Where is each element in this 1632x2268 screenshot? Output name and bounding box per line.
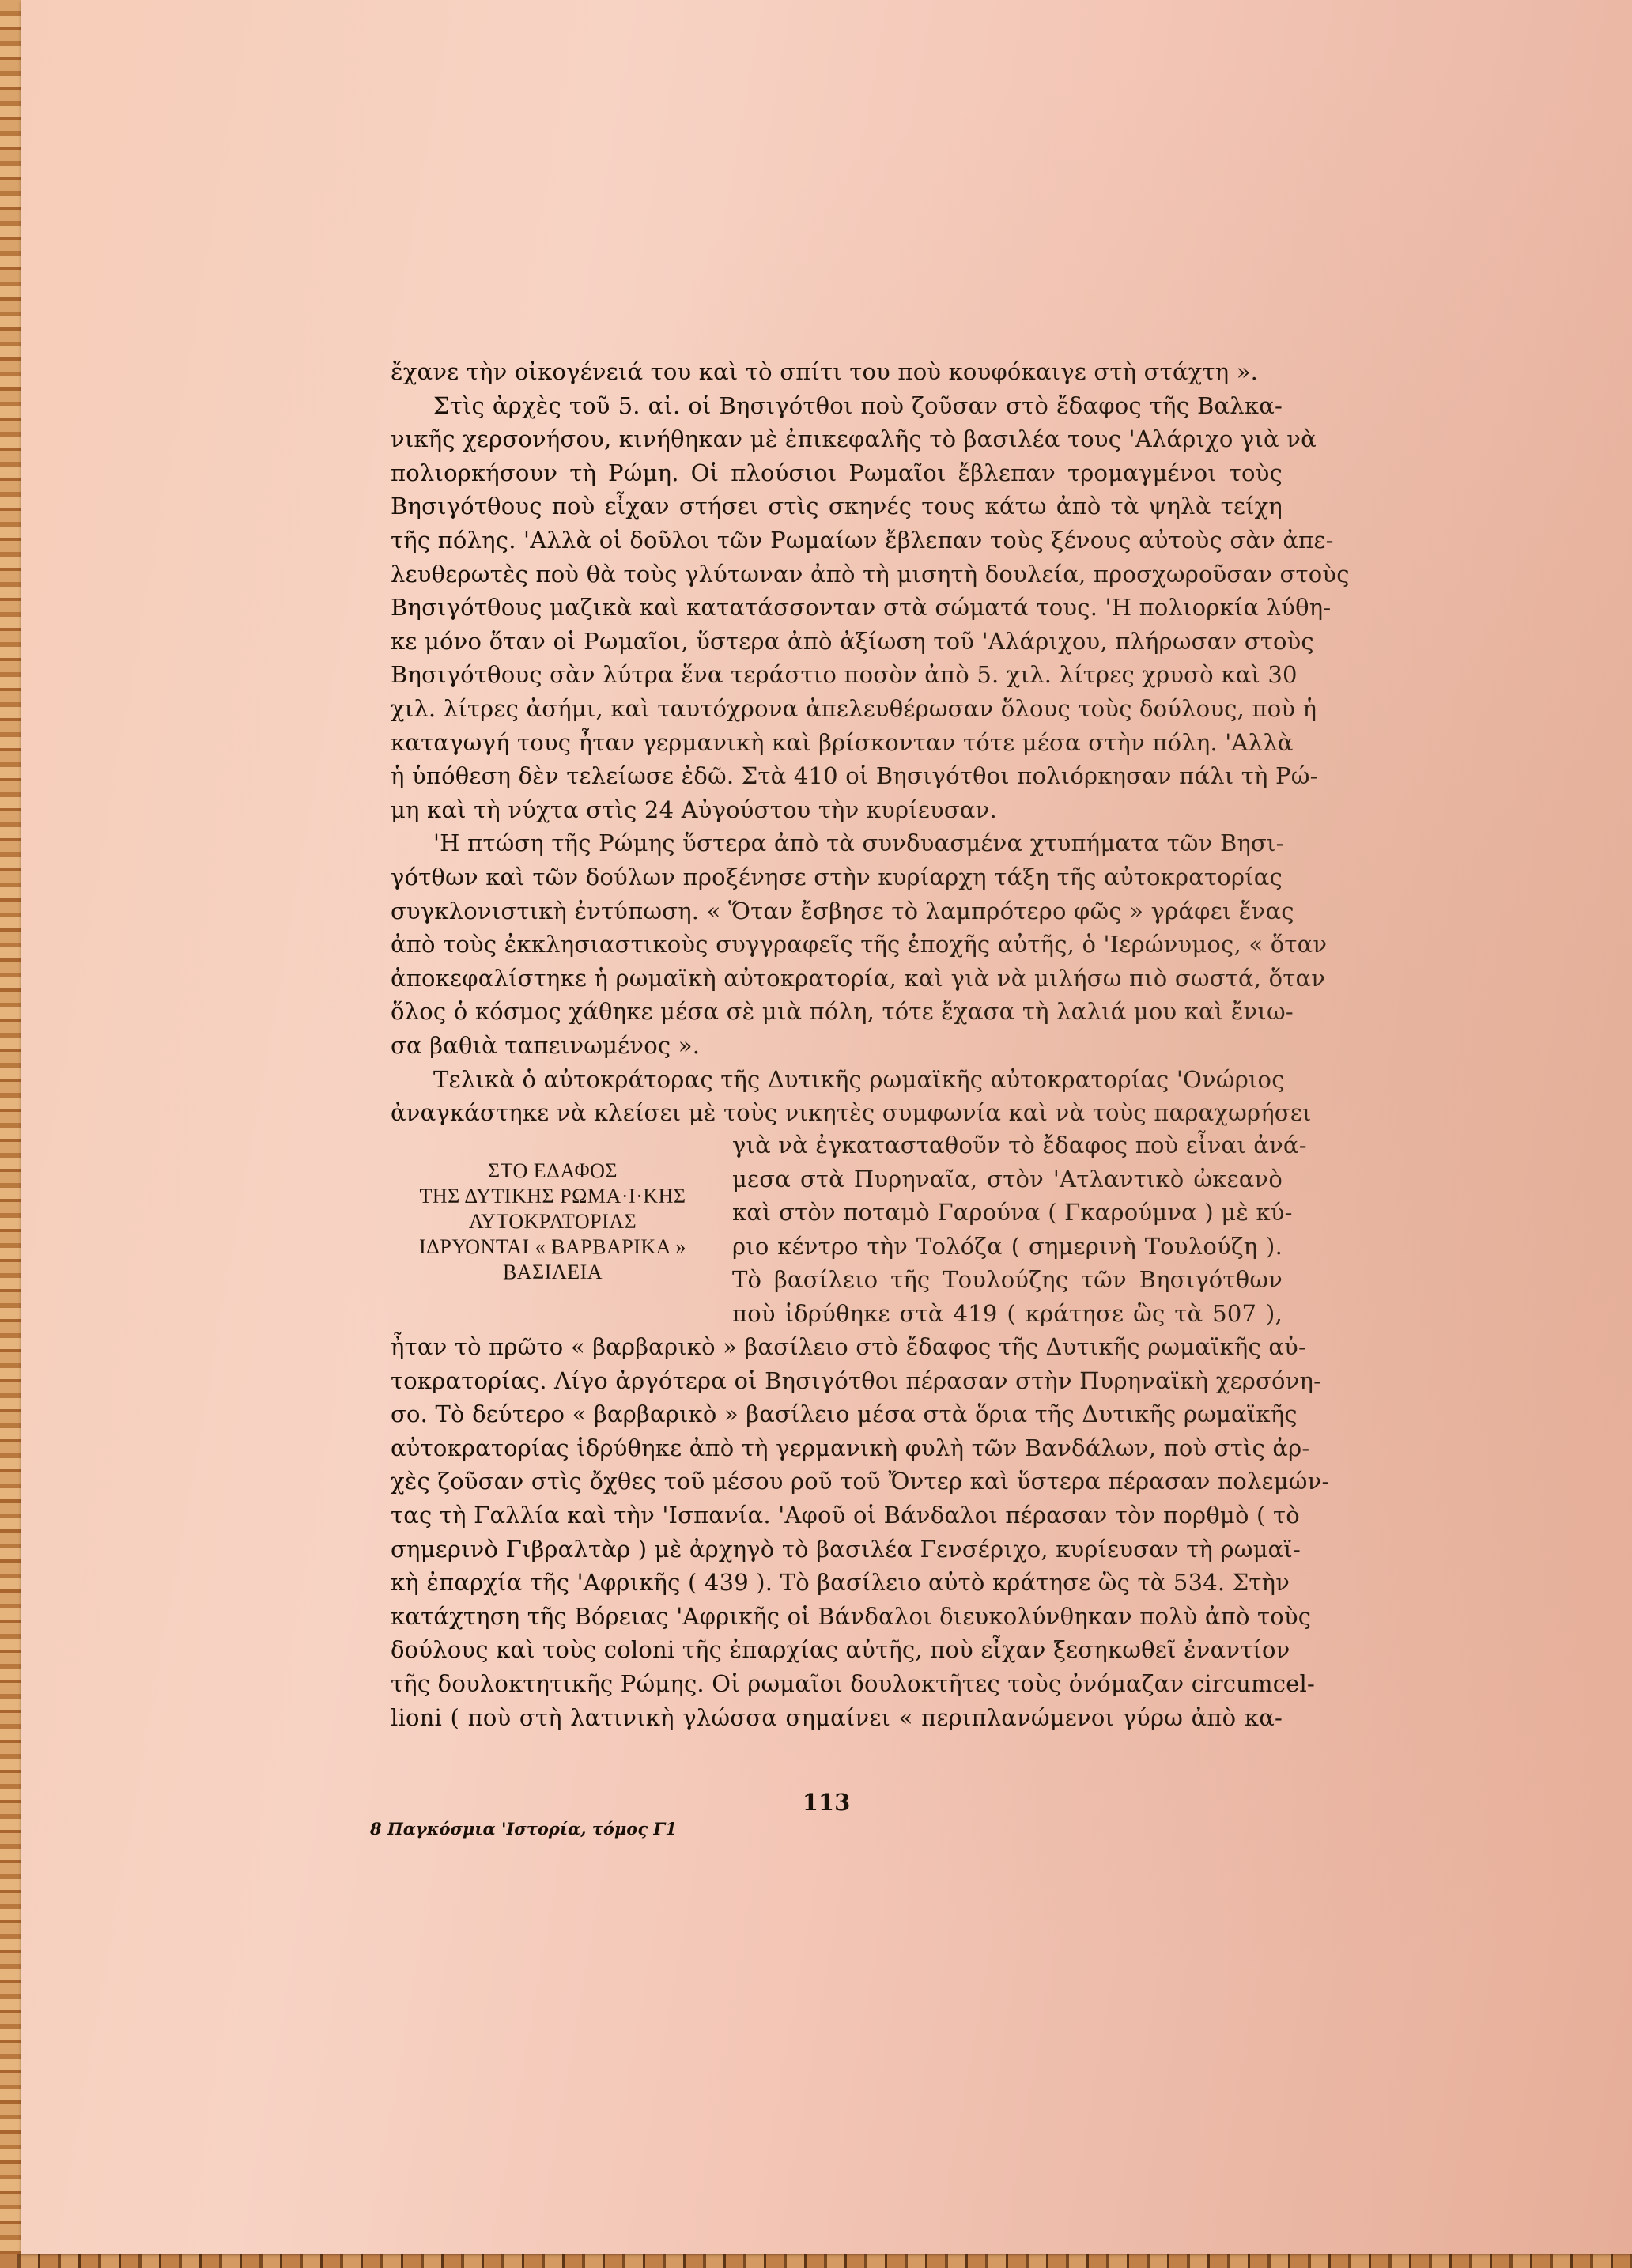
text-line: χιλ. λίτρες ἀσήμι, καὶ ταυτόχρονα ἀπελευ… bbox=[391, 693, 1283, 724]
text-line: τῆς δουλοκτητικῆς Ρώμης. Οἱ ρωμαῖοι δουλ… bbox=[391, 1668, 1283, 1699]
text-line: ἡ ὑπόθεση δὲν τελείωσε ἐδῶ. Στὰ 410 οἱ Β… bbox=[391, 760, 1283, 792]
text-line: τοκρατορίας. Λίγο ἀργότερα οἱ Βησιγότθοι… bbox=[391, 1365, 1283, 1397]
text-line: νικῆς χερσονήσου, κινήθηκαν μὲ ἐπικεφαλῆ… bbox=[391, 423, 1283, 455]
text-line: τας τὴ Γαλλία καὶ τὴν 'Ισπανία. 'Αφοῦ οἱ… bbox=[391, 1499, 1283, 1531]
text-line: ὅλος ὁ κόσμος χάθηκε μέσα σὲ μιὰ πόλη, τ… bbox=[391, 996, 1283, 1027]
text-line: κὴ ἐπαρχία τῆς 'Αφρικῆς ( 439 ). Τὸ βασί… bbox=[391, 1567, 1283, 1598]
text-line: σο. Τὸ δεύτερο « βαρβαρικὸ » βασίλειο μέ… bbox=[391, 1398, 1283, 1430]
text-line: αὐτοκρατορίας ἱδρύθηκε ἀπὸ τὴ γερμανικὴ … bbox=[391, 1432, 1283, 1464]
book-page: ἔχανε τὴν οἰκογένειά του καὶ τὸ σπίτι το… bbox=[21, 0, 1632, 2254]
margin-heading-line: ΒΑΣΙΛΕΙΑ bbox=[391, 1260, 715, 1285]
text-line: ἦταν τὸ πρῶτο « βαρβαρικὸ » βασίλειο στὸ… bbox=[391, 1331, 1283, 1363]
margin-heading: ΣΤΟ ΕΔΑΦΟΣΤΗΣ ΔΥΤΙΚΗΣ ΡΩΜΑ·Ι·ΚΗΣΑΥΤΟΚΡΑΤ… bbox=[391, 1159, 715, 1285]
text-line: συγκλονιστικὴ ἐντύπωση. « Ὅταν ἔσβησε τὸ… bbox=[391, 895, 1283, 927]
text-line: Βησιγότθους μαζικὰ καὶ κατατάσσονταν στὰ… bbox=[391, 592, 1283, 623]
text-line: ἀποκεφαλίστηκε ἡ ρωμαϊκὴ αὐτοκρατορία, κ… bbox=[391, 962, 1283, 994]
text-line: λευθερωτὲς ποὺ θὰ τοὺς γλύτωναν ἀπὸ τὴ μ… bbox=[391, 558, 1283, 590]
text-line: γότθων καὶ τῶν δούλων προξένησε στὴν κυρ… bbox=[391, 861, 1283, 893]
text-line: πολιορκήσουν τὴ Ρώμη. Οἱ πλούσιοι Ρωμαῖο… bbox=[391, 457, 1283, 489]
text-line: καὶ στὸν ποταμὸ Γαρούνα ( Γκαρούμνα ) μὲ… bbox=[732, 1196, 1283, 1228]
text-line: χὲς ζοῦσαν στὶς ὄχθες τοῦ μέσου ροῦ τοῦ … bbox=[391, 1465, 1283, 1497]
page-footer: 8 Παγκόσμια 'Ιστορία, τόμος Γ1 bbox=[370, 1819, 677, 1839]
text-line: κατάχτηση τῆς Βόρειας 'Αφρικῆς οἱ Βάνδαλ… bbox=[391, 1601, 1283, 1632]
text-line: Βησιγότθους ποὺ εἶχαν στήσει στὶς σκηνές… bbox=[391, 490, 1283, 522]
text-line: ποὺ ἱδρύθηκε στὰ 419 ( κράτησε ὣς τὰ 507… bbox=[732, 1298, 1283, 1329]
text-line: καταγωγή τους ἦταν γερμανικὴ καὶ βρίσκον… bbox=[391, 727, 1283, 758]
text-line: Βησιγότθους σὰν λύτρα ἕνα τεράστιο ποσὸν… bbox=[391, 659, 1283, 690]
text-line: ἀναγκάστηκε νὰ κλείσει μὲ τοὺς νικητὲς σ… bbox=[391, 1097, 1283, 1128]
text-line: τῆς πόλης. 'Αλλὰ οἱ δοῦλοι τῶν Ρωμαίων ἔ… bbox=[391, 524, 1283, 556]
margin-heading-line: ΑΥΤΟΚΡΑΤΟΡΙΑΣ bbox=[391, 1209, 715, 1234]
text-line: μη καὶ τὴ νύχτα στὶς 24 Αὐγούστου τὴν κυ… bbox=[391, 794, 1283, 826]
text-line: Τὸ βασίλειο τῆς Τουλούζης τῶν Βησιγότθων bbox=[732, 1264, 1283, 1295]
text-line: Στὶς ἀρχὲς τοῦ 5. αἰ. οἱ Βησιγότθοι ποὺ … bbox=[433, 390, 1283, 421]
text-line: σα βαθιὰ ταπεινωμένος ». bbox=[391, 1030, 1283, 1061]
text-line: lioni ( ποὺ στὴ λατινικὴ γλώσσα σημαίνει… bbox=[391, 1702, 1283, 1733]
text-line: κε μόνο ὅταν οἱ Ρωμαῖοι, ὕστερα ἀπὸ ἀξίω… bbox=[391, 626, 1283, 657]
margin-heading-line: ΤΗΣ ΔΥΤΙΚΗΣ ΡΩΜΑ·Ι·ΚΗΣ bbox=[391, 1184, 715, 1209]
text-line: ἀπὸ τοὺς ἐκκλησιαστικοὺς συγγραφεῖς τῆς … bbox=[391, 928, 1283, 960]
margin-heading-line: ΙΔΡΥΟΝΤΑΙ « ΒΑΡΒΑΡΙΚΑ » bbox=[391, 1234, 715, 1260]
text-line: δούλους καὶ τοὺς coloni τῆς ἐπαρχίας αὐτ… bbox=[391, 1634, 1283, 1665]
text-line: 'Η πτώση τῆς Ρώμης ὕστερα ἀπὸ τὰ συνδυασ… bbox=[433, 827, 1283, 859]
text-line: γιὰ νὰ ἐγκατασταθοῦν τὸ ἔδαφος ποὺ εἶναι… bbox=[732, 1129, 1283, 1161]
text-line: ἔχανε τὴν οἰκογένειά του καὶ τὸ σπίτι το… bbox=[391, 356, 1283, 387]
tablecloth-left-edge bbox=[0, 0, 21, 2268]
text-line: Τελικὰ ὁ αὐτοκράτορας τῆς Δυτικῆς ρωμαϊκ… bbox=[433, 1064, 1283, 1095]
margin-heading-line: ΣΤΟ ΕΔΑΦΟΣ bbox=[391, 1159, 715, 1184]
tablecloth-bottom-edge bbox=[0, 2254, 1632, 2268]
text-line: σημερινὸ Γιβραλτὰρ ) μὲ ἀρχηγὸ τὸ βασιλέ… bbox=[391, 1533, 1283, 1565]
text-line: ριο κέντρο τὴν Τολόζα ( σημερινὴ Τουλούζ… bbox=[732, 1230, 1283, 1262]
text-line: μεσα στὰ Πυρηναῖα, στὸν 'Ατλαντικὸ ὠκεαν… bbox=[732, 1163, 1283, 1195]
page-number: 113 bbox=[21, 1789, 1632, 1816]
